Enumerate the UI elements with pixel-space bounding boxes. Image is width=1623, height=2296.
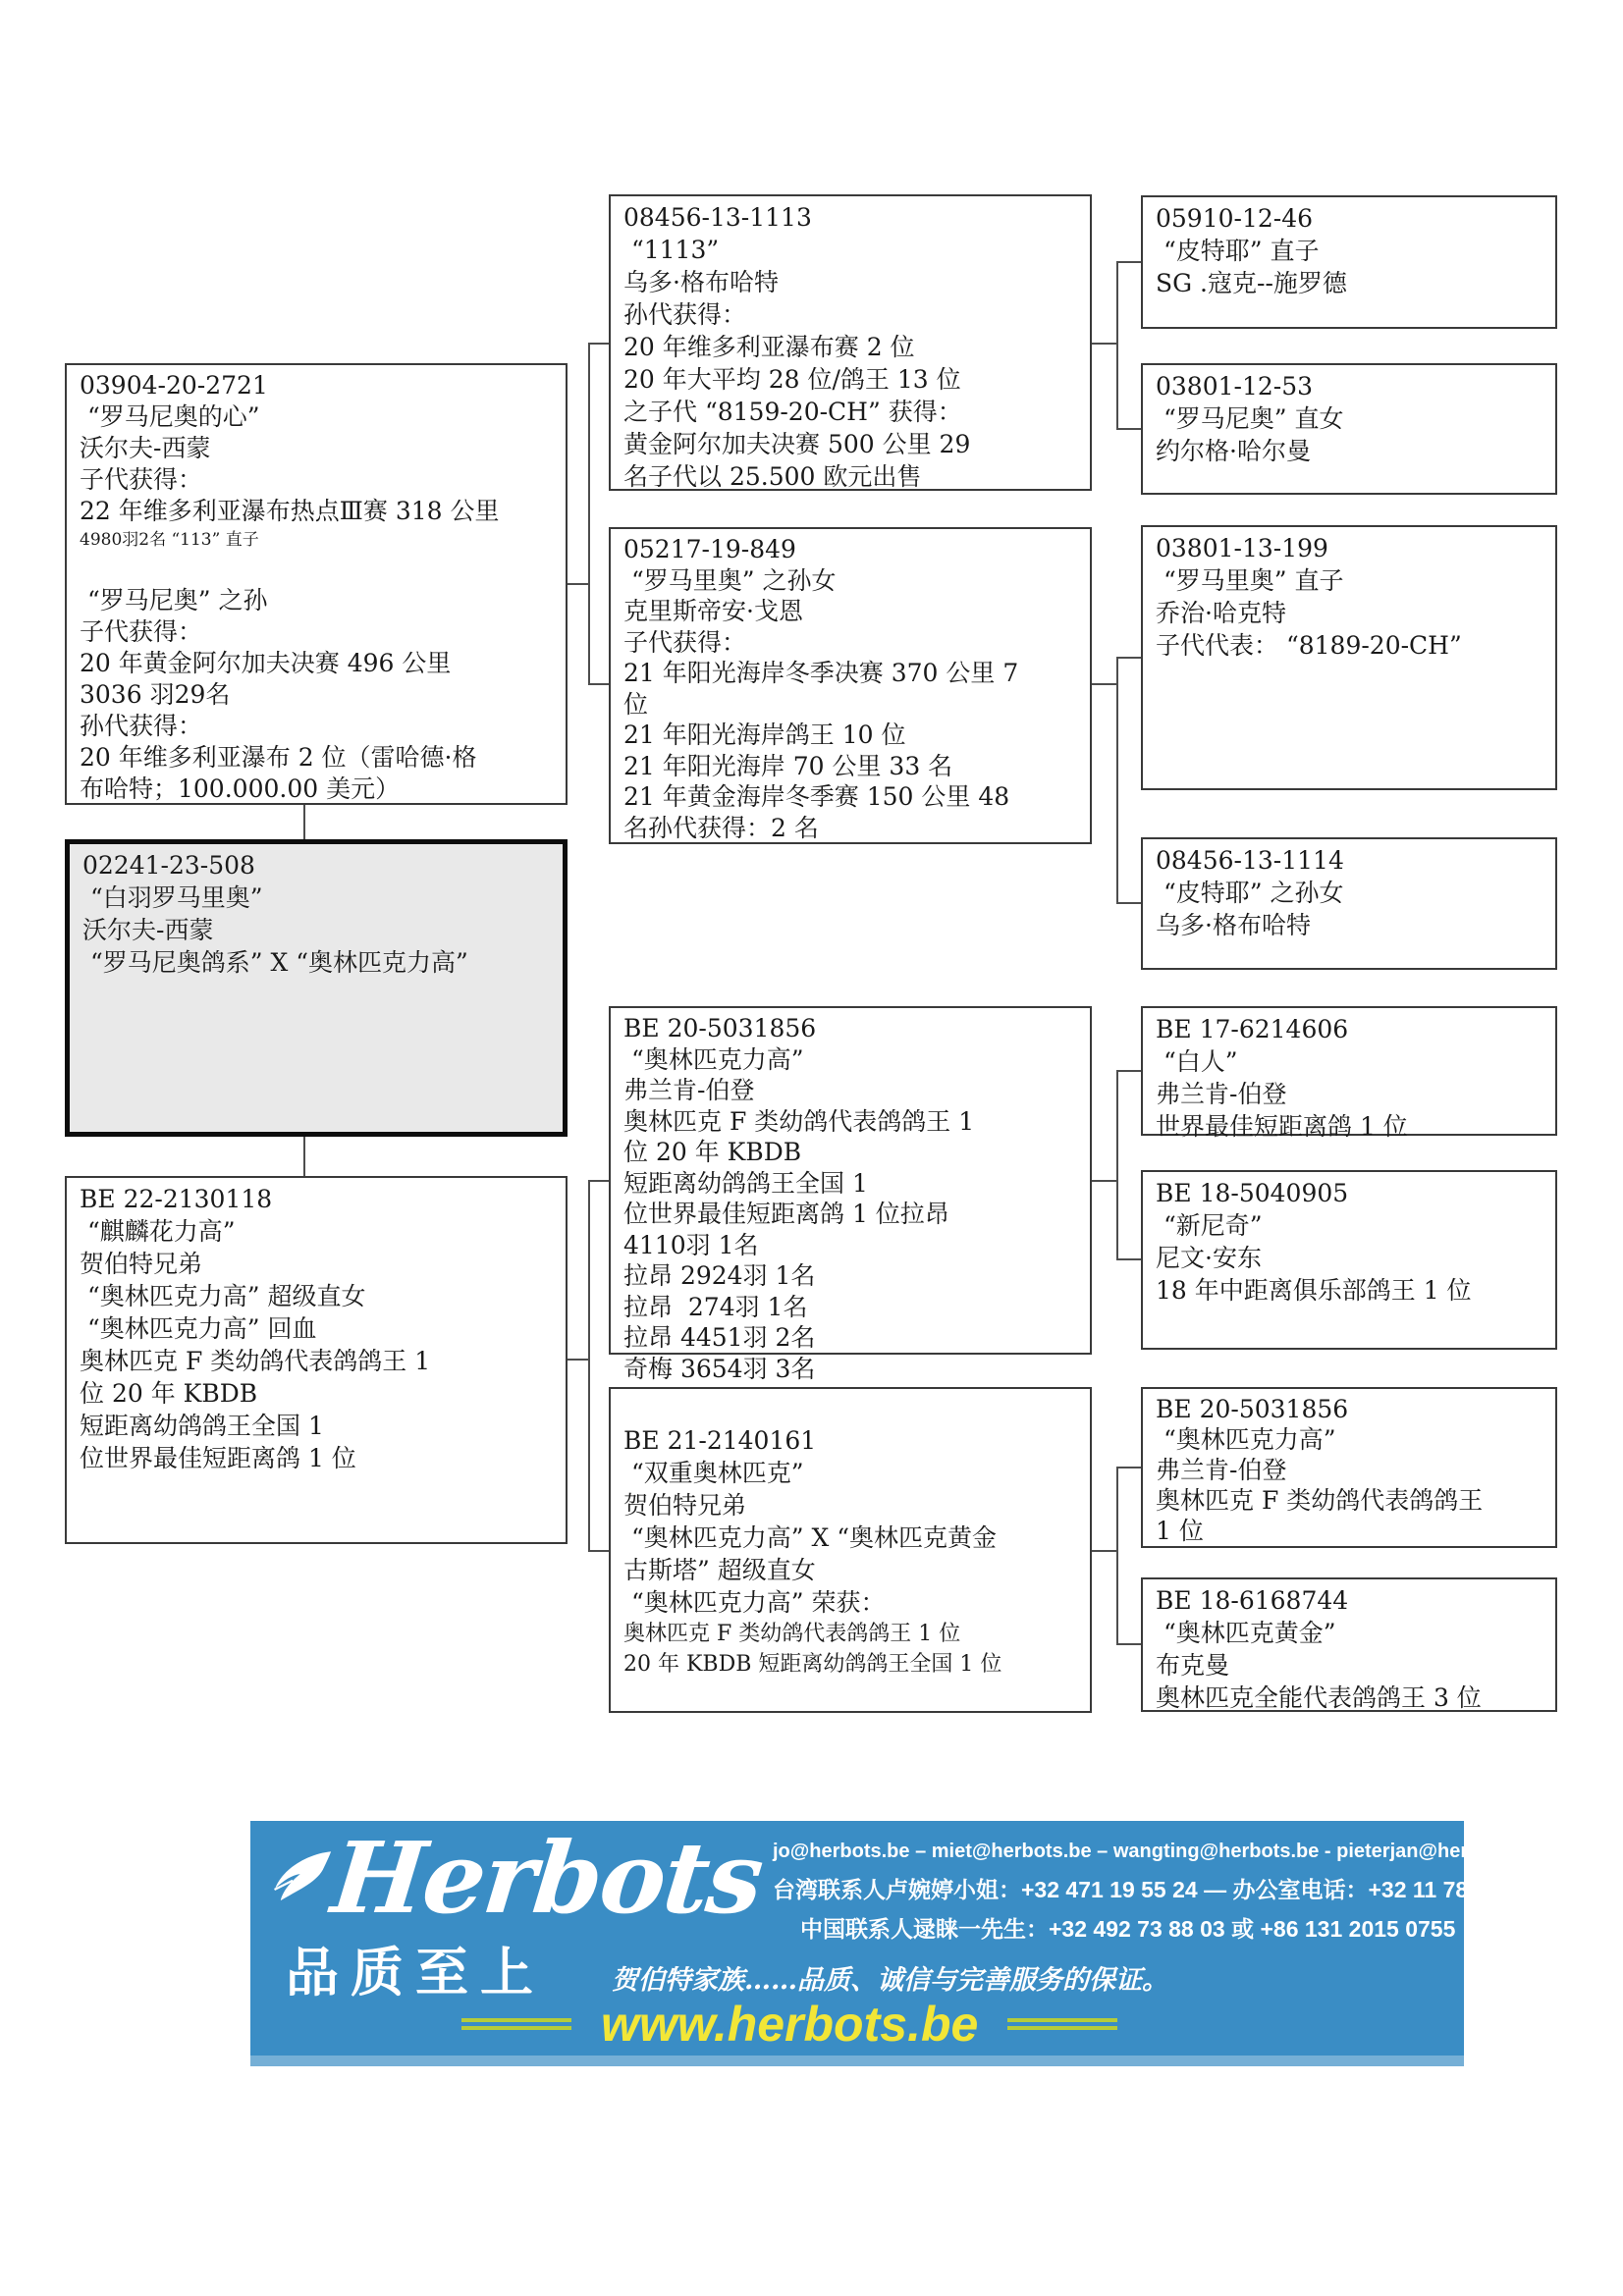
text-line: 20 年维多利亚瀑布 2 位（雷哈德·格 [80,742,558,774]
pedigree-box-dam: BE 22-2130118 “麒麟花力高”贺伯特兄弟 “奥林匹克力高” 超级直女… [65,1176,568,1544]
text-line: BE 18-6168744 [1156,1584,1547,1617]
text-line: “奥林匹克力高” [623,1044,1082,1076]
text-line: “麒麟花力高” [80,1215,558,1248]
text-line: 22 年维多利亚瀑布热点Ⅲ赛 318 公里 [80,496,558,527]
text-line: 02241-23-508 [82,849,555,881]
text-line: 约尔格·哈尔曼 [1156,435,1547,467]
text-line: “罗马尼奥的心” [80,401,558,433]
text-line: 孙代获得： [80,711,558,742]
text-line: “奥林匹克力高” 荣获： [623,1586,1082,1619]
text-line: “1113” [623,234,1082,266]
connector-line [568,1359,588,1361]
text-line: 子代获得： [80,616,558,648]
herbots-logo-row: Herbots [268,1829,761,1927]
connector-line [1116,902,1141,904]
connector-line [568,583,588,585]
connector-line [588,683,609,685]
text-line: 贺伯特兄弟 [623,1489,1082,1522]
text-line: “罗马里奥” 直子 [1156,564,1547,597]
pedigree-box-grandparent-4: BE 21-2140161 “双重奥林匹克”贺伯特兄弟 “奥林匹克力高” X “… [609,1387,1092,1713]
banner-slogan: 品质至上 [286,1931,545,2006]
pedigree-page: 03904-20-2721 “罗马尼奥的心”沃尔夫-西蒙子代获得：22 年维多利… [0,0,1623,2296]
text-line: “白人” [1156,1045,1547,1078]
text-line: 05217-19-849 [623,534,1082,565]
banner-website-row: www.herbots.be [461,2000,1117,2049]
text-line [80,554,558,585]
text-line: “皮特耶” 直子 [1156,235,1547,267]
text-line: 奥林匹克 F 类幼鸽代表鸽鸽王 1 [623,1106,1082,1138]
connector-line [588,343,609,345]
connector-line [1116,1643,1141,1645]
text-line: 世界最佳短距离鸽 1 位 [1156,1110,1547,1143]
banner-contact-china: 中国联系人逯睐一先生：+32 492 73 88 03 或 +86 131 20… [800,1911,1455,1944]
text-line: BE 17-6214606 [1156,1013,1547,1045]
text-line: 位世界最佳短距离鸽 1 位 [80,1442,558,1474]
text-line: 黄金阿尔加夫决赛 500 公里 29 [623,428,1082,460]
text-line: 子代获得： [80,464,558,496]
text-line: 4110羽 1名 [623,1230,1082,1261]
connector-line [588,1180,609,1182]
banner-emails[interactable]: jo@herbots.be – miet@herbots.be – wangti… [773,1841,1464,1863]
text-line: 拉昂 2924羽 1名 [623,1260,1082,1292]
connector-line [1116,261,1141,263]
connector-line [1116,1467,1141,1468]
connector-line [1116,1258,1141,1260]
text-line: 布克曼 [1156,1649,1547,1682]
text-line: 乌多·格布哈特 [1156,909,1547,941]
connector-line [1116,657,1141,659]
text-line: 3036 羽29名 [80,679,558,711]
text-line: 奥林匹克 F 类幼鸽代表鸽鸽王 1 位 [623,1619,1082,1649]
pedigree-box-grandparent-1: 08456-13-1113 “1113”乌多·格布哈特孙代获得：20 年维多利亚… [609,194,1092,491]
double-rule-left [461,2018,571,2030]
text-line: 奥林匹克 F 类幼鸽代表鸽鸽王 [1156,1485,1547,1516]
text-line: 克里斯帝安·戈恩 [623,596,1082,627]
text-line: 4980羽2名 “113” 直子 [80,527,558,554]
pedigree-box-ggparent-6: BE 18-5040905 “新尼奇”尼文·安东18 年中距离俱乐部鸽王 1 位 [1141,1170,1557,1350]
text-line: 位 20 年 KBDB [80,1377,558,1410]
pedigree-box-grandparent-2: 05217-19-849 “罗马里奥” 之孙女克里斯帝安·戈恩子代获得：21 年… [609,527,1092,844]
herbots-logo: Herbots [328,1829,766,1927]
pedigree-box-ggparent-5: BE 17-6214606 “白人”弗兰肯-伯登世界最佳短距离鸽 1 位 [1141,1006,1557,1136]
connector-line [303,805,305,839]
text-line: 奥林匹克全能代表鸽鸽王 3 位 [1156,1682,1547,1714]
connector-line [303,1137,305,1176]
connector-line [1116,428,1141,430]
text-line: 20 年维多利亚瀑布赛 2 位 [623,331,1082,363]
text-line: BE 18-5040905 [1156,1177,1547,1209]
text-line: “奥林匹克力高” [1156,1424,1547,1455]
text-line: 08456-13-1113 [623,201,1082,234]
connector-line [588,343,590,685]
connector-line [1092,1180,1116,1182]
text-line: “双重奥林匹克” [623,1457,1082,1489]
text-line: 名孙代获得：2 名 [623,813,1082,844]
text-line: 位世界最佳短距离鸽 1 位拉昂 [623,1199,1082,1230]
pedigree-box-grandparent-3: BE 20-5031856 “奥林匹克力高”弗兰肯-伯登奥林匹克 F 类幼鸽代表… [609,1006,1092,1355]
herbots-banner: Herbots 品质至上 jo@herbots.be – miet@herbot… [250,1821,1464,2066]
pedigree-box-subject: 02241-23-508 “白羽罗马里奥”沃尔夫-西蒙 “罗马尼奥鸽系” X “… [65,839,568,1137]
text-line: 短距离幼鸽鸽王全国 1 [80,1410,558,1442]
text-line: 21 年黄金海岸冬季赛 150 公里 48 [623,781,1082,813]
banner-tagline: 贺伯特家族……品质、诚信与完善服务的保证。 [612,1958,1168,1997]
pedigree-box-sire: 03904-20-2721 “罗马尼奥的心”沃尔夫-西蒙子代获得：22 年维多利… [65,363,568,805]
text-line: 孙代获得： [623,298,1082,331]
text-line: 贺伯特兄弟 [80,1248,558,1280]
text-line: “奥林匹克力高” 回血 [80,1312,558,1345]
connector-line [1092,343,1116,345]
text-line: 21 年阳光海岸鸽王 10 位 [623,720,1082,751]
double-rule-right [1007,2018,1117,2030]
text-line: 奇梅 3654羽 3名 [623,1354,1082,1385]
text-line: 21 年阳光海岸 70 公里 33 名 [623,751,1082,782]
text-line: 沃尔夫-西蒙 [80,433,558,464]
banner-contact-taiwan: 台湾联系人卢婉婷小姐：+32 471 19 55 24 — 办公室电话：+32 … [773,1872,1464,1904]
text-line: 1 位 [1156,1516,1547,1546]
text-line: 拉昂 274羽 1名 [623,1292,1082,1323]
pedigree-box-ggparent-1: 05910-12-46 “皮特耶” 直子SG .寇克--施罗德 [1141,195,1557,329]
text-line: 布哈特；100.000.00 美元） [80,774,558,805]
banner-website[interactable]: www.herbots.be [601,2000,978,2049]
text-line: “新尼奇” [1156,1209,1547,1242]
pedigree-box-ggparent-8: BE 18-6168744 “奥林匹克黄金”布克曼奥林匹克全能代表鸽鸽王 3 位 [1141,1577,1557,1712]
text-line: 05910-12-46 [1156,202,1547,235]
text-line: 03904-20-2721 [80,370,558,401]
text-line: 位 20 年 KBDB [623,1137,1082,1168]
connector-line [1092,683,1116,685]
text-line: 18 年中距离俱乐部鸽王 1 位 [1156,1274,1547,1307]
text-line: BE 20-5031856 [1156,1394,1547,1424]
pedigree-box-ggparent-3: 03801-13-199 “罗马里奥” 直子乔治·哈克特子代代表： “8189-… [1141,525,1557,790]
text-line: 奥林匹克 F 类幼鸽代表鸽鸽王 1 [80,1345,558,1377]
text-line: 20 年 KBDB 短距离幼鸽鸽王全国 1 位 [623,1649,1082,1680]
text-line: 名子代以 25.500 欧元出售 [623,460,1082,493]
text-line: BE 21-2140161 [623,1424,1082,1457]
pedigree-box-ggparent-2: 03801-12-53 “罗马尼奥” 直女约尔格·哈尔曼 [1141,363,1557,495]
pedigree-box-ggparent-4: 08456-13-1114 “皮特耶” 之孙女乌多·格布哈特 [1141,837,1557,970]
text-line: “奥林匹克力高” 超级直女 [80,1280,558,1312]
text-line: 20 年大平均 28 位/鸽王 13 位 [623,363,1082,396]
text-line: BE 20-5031856 [623,1013,1082,1044]
connector-line [1116,1070,1141,1072]
connector-line [1116,261,1118,430]
connector-line [1116,657,1118,904]
text-line: 弗兰肯-伯登 [1156,1078,1547,1110]
connector-line [1116,1070,1118,1260]
text-line: “白羽罗马里奥” [82,881,555,914]
text-line: 21 年阳光海岸冬季决赛 370 公里 7 [623,658,1082,689]
text-line: “罗马尼奥” 之孙 [80,585,558,616]
text-line: BE 22-2130118 [80,1183,558,1215]
connector-line [1092,1550,1116,1552]
text-line: 拉昂 4451羽 2名 [623,1322,1082,1354]
text-line: “奥林匹克黄金” [1156,1617,1547,1649]
text-line: “罗马里奥” 之孙女 [623,565,1082,597]
text-line: 子代获得： [623,627,1082,659]
text-line: 之子代 “8159-20-CH” 获得： [623,396,1082,428]
pedigree-box-ggparent-7: BE 20-5031856 “奥林匹克力高”弗兰肯-伯登奥林匹克 F 类幼鸽代表… [1141,1387,1557,1548]
connector-line [588,1180,590,1552]
text-line: 子代代表： “8189-20-CH” [1156,629,1547,662]
text-line: “罗马尼奥” 直女 [1156,402,1547,435]
connector-line [588,1550,609,1552]
text-line: 位 [623,689,1082,721]
text-line: 古斯塔” 超级直女 [623,1554,1082,1586]
text-line: 03801-13-199 [1156,532,1547,564]
text-line: 弗兰肯-伯登 [1156,1455,1547,1485]
text-line: 03801-12-53 [1156,370,1547,402]
text-line: 沃尔夫-西蒙 [82,914,555,946]
text-line: 08456-13-1114 [1156,844,1547,877]
text-line: 乔治·哈克特 [1156,597,1547,629]
text-line: “罗马尼奥鸽系” X “奥林匹克力高” [82,946,555,979]
connector-line [1116,1467,1118,1645]
text-line: 20 年黄金阿尔加夫决赛 496 公里 [80,648,558,679]
text-line: 短距离幼鸽鸽王全国 1 [623,1168,1082,1200]
text-line: SG .寇克--施罗德 [1156,267,1547,299]
text-line: 弗兰肯-伯登 [623,1075,1082,1106]
text-line: “皮特耶” 之孙女 [1156,877,1547,909]
text-line: 乌多·格布哈特 [623,266,1082,298]
text-line: 尼文·安东 [1156,1242,1547,1274]
text-line: “奥林匹克力高” X “奥林匹克黄金 [623,1522,1082,1554]
